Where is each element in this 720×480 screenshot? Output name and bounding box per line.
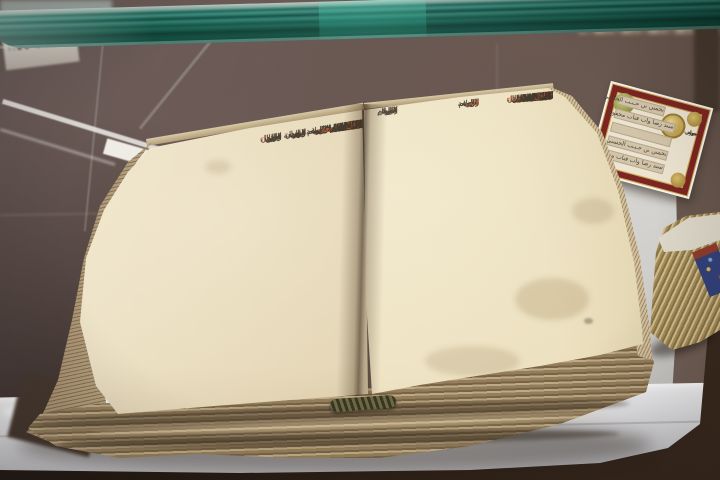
ink-word: قراتها [535,90,553,102]
ink-word: كتب [540,90,553,102]
museum-display-photo: ıl▪▪ ▪▪ıl ▪ı ٮمرموصمولڡحط ٮحمىں ٮں حـىـٮ… [0,0,720,480]
ink-word: الرحمن [530,90,553,103]
ink-word: مرات [536,90,553,102]
ink-word: الرحمن [530,90,553,103]
ink-word: انه [545,90,553,101]
rubric-word: غفر [541,90,553,101]
ink-word: قراها [537,90,553,102]
ink-word: قيل [542,90,554,101]
ink-word: من [543,90,553,101]
ink-word: ادمن [538,90,553,102]
ink-word: كتب [540,90,553,102]
ink-word: له [547,90,553,101]
ink-word: خيرا [540,90,553,102]
ink-word: من [517,93,527,104]
ink-word: و [546,91,550,102]
ink-speck [584,318,593,324]
ink-word: مرات [536,90,553,102]
ink-word: قيل [269,131,281,144]
ink-word: القران [533,90,553,102]
ink-word: قراها [522,92,538,104]
ink-word: النبى [523,92,538,104]
ink-word: و [542,91,546,102]
ink-word: ليلة [520,92,531,103]
ink-word: قلب [538,90,552,102]
ink-word: ليلة [527,92,538,103]
rubric-word: رزق [540,90,553,102]
ink-word: و [549,90,553,101]
ink-word: غفر [519,92,531,103]
ink-word: لكل [539,90,551,102]
ink-word: و [549,90,553,101]
ink-word: العلماء [532,90,553,102]
ink-word: فى [543,90,553,101]
ink-word: القران [511,92,531,104]
ink-word: السلام [525,91,545,103]
ink-word: قراها [289,128,306,142]
ink-word: و [549,90,553,101]
ink-word: رزق [540,90,553,102]
ink-word: فى [543,90,553,101]
ink-word: عشر [538,90,553,102]
ink-word: القران [533,90,553,102]
ink-word: يس [541,90,553,101]
ink-word: و [549,90,553,101]
ink-word: قلب [329,122,343,135]
ink-word: قيل [331,122,343,135]
ink-word: و [549,90,553,101]
foxing-stain [515,278,589,320]
ink-word: غفر [316,124,329,137]
rubric-word: له [532,92,538,103]
ink-word: فى [543,90,553,101]
ink-word: و [549,90,553,101]
ink-word: له [547,90,553,101]
ink-word: قلب [540,90,554,102]
ink-word: فمن [539,90,553,102]
ink-word: و [549,90,553,101]
rubric-word: قلب [466,97,480,109]
ink-word: قلب [314,124,328,137]
rubric-word: فمن [539,90,553,102]
ink-word: و [549,90,553,101]
ink-word: سورة [535,90,553,102]
ink-word: ليلة [516,93,527,104]
ink-word: النبى [464,97,479,109]
ink-word: روى [466,97,479,109]
ink-word: لكل [541,90,553,102]
ink-word: النبى [328,122,344,135]
ink-word: له [547,90,553,101]
ink-word: له [525,92,531,103]
ink-word: فى [543,90,553,101]
ink-word: فضل [528,91,544,103]
ink-word: غفر [331,122,344,135]
ink-word: عن [295,128,306,141]
ink-word: رزق [540,90,553,102]
ink-word: كان [542,90,553,101]
ink-word: شىء [530,91,546,103]
rubric-word: له [473,97,479,108]
ink-word: الله [542,90,553,101]
ink-word: القران [323,122,344,136]
ink-word: قيل [519,92,531,103]
rubric-word: الجمعة [510,92,531,104]
ink-word: عليه [540,90,553,102]
ink-word: سورة [535,90,553,102]
ink-word: الله [542,90,553,101]
ink-word: لكل [534,91,546,103]
rubric-word: قال [532,91,543,102]
ink-word: الجمعة [532,90,553,102]
ink-word: قراها [535,90,551,102]
ink-word: بعض [266,131,282,144]
ink-word: الرحمن [530,90,553,103]
ink-word: انه [537,91,545,102]
ink-word: عروس [532,90,554,102]
rubric-word: روى [315,124,329,137]
ink-word: غفر [526,92,538,103]
ink-word: روى [330,122,344,135]
ink-word: قراها [265,131,282,145]
ink-word: النبى [538,90,553,102]
ink-word: و [394,105,398,116]
ink-word: عن [333,122,344,135]
ink-word: له [322,124,329,136]
ink-word: فضل [265,131,282,145]
ink-word: السلام [533,90,553,102]
ink-word: عليه [538,90,551,102]
ink-word: قراها [533,91,549,103]
ink-word: لكل [541,90,553,102]
ink-word: له [547,90,553,101]
ink-word: قيل [542,90,554,101]
ink-word: السلام [531,90,551,102]
rubric-word: قراتها [535,90,553,102]
ink-word: النبى [530,91,545,103]
ink-word: قال [542,90,553,101]
ink-word: و [549,90,553,101]
ink-word: و [527,92,531,103]
ink-word: روى [518,92,531,104]
ink-word: قال [542,90,553,101]
rubric-word: ادمن [538,90,553,102]
ink-word: كثيرا [539,90,553,102]
ink-word: حفظ [534,91,550,103]
ink-word: من [333,122,343,135]
ink-word: قال [332,122,344,135]
ink-word: قراة [539,90,553,102]
ink-word: كتب [538,90,551,102]
ink-word: عروس [528,91,550,103]
ink-word: شىء [312,124,329,138]
rubric-word: فى [543,90,553,101]
ink-word: انه [389,105,397,116]
ink-word: فى [517,93,527,104]
ink-word: المساء [528,91,549,103]
ink-word: قال [468,97,479,108]
ink-word: عن [543,90,553,101]
ink-word: و [549,90,553,101]
ink-word: قراها [511,93,527,105]
ink-word: قلب [540,90,554,102]
ink-word: القران [533,90,553,102]
ink-word: قيل [294,128,306,141]
ink-word: غفر [467,97,479,108]
ink-word: المساء [532,90,553,102]
ink-word: غفر [534,91,546,102]
ink-word: قراها [537,90,553,102]
ink-word: قلب [540,90,554,102]
ink-word: و [540,91,544,102]
ink-word: سور [530,91,544,103]
ink-word: قيل [516,93,528,104]
ink-word: من [271,131,281,144]
ink-word: عن [521,92,531,103]
ink-word: السلام [459,97,479,109]
rubric-word: قراها [537,90,553,102]
ink-word: القران [533,90,553,102]
ink-word: بعض [529,91,544,103]
ink-word: و [278,131,282,143]
ink-word: الجمعة [517,92,538,104]
ink-word: يس [541,90,553,101]
ink-word: انه [543,90,551,101]
ink-word: اخرى [536,90,553,102]
ink-word: قراها [537,90,553,102]
ink-word: الجمعة [306,124,328,138]
ink-word: قال [540,90,551,101]
ink-word: له [539,91,545,102]
rubric-word: القران [533,90,553,102]
ink-word: سورة [535,90,553,102]
ink-word: سور [267,131,282,144]
ink-word: قيل [527,92,539,103]
ink-word: بعض [512,93,527,105]
ink-word: ليلة [332,122,344,135]
ink-word: و [325,124,329,136]
ink-word: فى [534,91,544,102]
ink-word: قال [542,90,553,101]
ink-word: شىء [327,122,344,136]
ink-word: السلام [307,124,328,138]
rubric-word: اخرى [536,90,553,102]
ink-word: مرات [536,90,553,102]
ink-word: لكل [316,124,329,137]
card-field-label: حط [688,130,698,138]
rubric-word: روى [533,91,546,103]
ink-word: و [549,90,553,101]
rubric-word: العلماء [506,93,527,105]
ink-word: الله [542,90,553,101]
ink-word: صباحا [535,90,553,102]
ink-word: من [543,90,553,101]
ink-word: من [543,90,553,101]
ink-word: فى [271,131,281,144]
ink-word: كتب [540,90,553,102]
ink-word: فى [517,93,527,104]
rubric-word: قراها [537,90,553,102]
ink-word: سورة [535,90,553,102]
rubric-word: خيرا [540,90,553,102]
ink-word: من [521,92,531,103]
ink-word: و [302,128,306,140]
ink-word: قلب [532,91,546,103]
ink-word: و [549,90,553,101]
ink-word: و [549,90,553,101]
ink-word: السلام [533,90,553,102]
rubric-word: الجمعة [321,122,343,136]
ink-word: قلب [540,90,554,102]
ink-word: و [549,90,553,101]
ink-word: و [524,93,528,104]
ink-word: القران [524,91,544,103]
ink-word: غفر [293,128,306,141]
ink-word: ليلة [533,91,544,102]
card-field-labels: ٮمرموصمولڡحط [683,128,697,132]
ink-word: قال [270,131,282,144]
ink-word: سور [539,90,553,102]
ink-word: فمن [539,90,553,102]
ink-word: القران [533,90,553,102]
ink-word: شىء [537,90,553,102]
rubric-word: بعض [538,90,553,102]
ink-word: انه [471,97,479,108]
ink-word: يس [541,90,553,101]
ink-word: لكل [467,97,479,109]
ink-word: النبى [538,90,553,102]
ink-word: من [543,90,553,101]
ink-word: غفر [541,90,553,101]
ink-word: من [543,90,553,101]
ink-word: الله [542,90,553,101]
ink-word: ليلة [294,128,306,141]
ink-word: الجمعة [284,128,306,142]
ink-word: من [534,91,544,102]
ink-word: رواية [538,90,554,102]
ink-word: قراتها [535,90,553,102]
ink-word: القران [533,90,553,102]
ink-word: و [535,92,539,103]
ink-word: روى [540,90,553,102]
rubric-word: من [543,90,553,101]
ink-word: قراها [327,122,344,136]
rubric-word: كان [538,91,549,102]
ink-word: فى [540,91,550,102]
ink-word: عشر [538,90,553,102]
ink-word: القران [533,90,553,102]
ink-word: الرحمن [530,90,553,103]
rubric-word: يس [540,90,552,101]
ink-word: رواية [538,90,554,102]
ink-word: اخرى [536,90,553,102]
ink-word: كتب [330,122,344,135]
ink-word: فمن [329,122,343,135]
ink-word: فمن [538,90,552,102]
ink-word: فى [543,90,553,101]
ink-word: قراتها [535,90,553,102]
ink-word: القران [529,91,549,103]
ink-word: الى [542,90,553,101]
ink-word: و [549,90,553,101]
ink-word: قيل [532,91,544,102]
ink-word: رزق [540,90,553,102]
ink-word: ادمن [538,90,553,102]
ink-word: انه [545,90,553,101]
ink-word: و [527,92,531,103]
ink-word: الله [538,91,549,102]
ink-word: عن [528,92,538,103]
ink-word: القران [531,90,551,102]
ink-word: انه [320,124,329,136]
ink-word: و [549,90,553,101]
rubric-word: و [549,90,553,101]
ink-word: كثيرا [539,90,553,102]
ink-word: سور [513,93,527,105]
ink-word: من [529,92,539,103]
ink-word: عليه [540,90,553,102]
rubric-word: له [299,128,306,140]
ink-word: قال [386,105,397,116]
ink-word: الجمعة [524,91,545,103]
ink-word: روى [292,128,306,141]
ink-word: حفظ [537,90,553,102]
ink-word: بقراتها [533,90,553,102]
ink-word: من [296,128,306,141]
ink-word: قيل [542,90,554,101]
ink-word: مرات [536,90,553,102]
ink-word: فى [528,92,538,103]
ink-word: و [540,91,544,102]
ink-word: ليلة [270,131,282,144]
ink-word: العلماء [523,91,544,103]
ink-word: القران [261,131,282,145]
ink-word: عشر [538,90,553,102]
ink-word: بقراتها [533,90,553,102]
ink-word: القران [507,93,527,105]
ink-word: قراها [537,90,553,102]
ink-word: عن [543,90,553,101]
ink-word: فى [543,90,553,101]
ink-word: فى [296,128,306,141]
ink-word: قراة [539,90,553,102]
ink-word: قيل [542,90,554,101]
ink-word: عروس [532,90,554,102]
ink-word: الجمعة [458,97,479,109]
ink-word: خيرا [540,90,553,102]
ink-word: و [549,90,553,101]
ink-word: روى [540,90,553,102]
ink-word: النبى [516,92,531,104]
ink-word: خيرا [540,90,553,102]
ink-word: شىء [537,90,553,102]
ink-word: الى [539,91,550,102]
ink-word: القران [518,92,538,104]
ink-word: فى [521,92,531,103]
ink-word: عليه [315,124,329,137]
ink-word: له [547,90,553,101]
rubric-word: ليلة [542,90,553,101]
ink-word: عليه [532,91,545,103]
ink-word: كثيرا [539,90,553,102]
ink-word: و [524,93,528,104]
ink-word: عشر [538,90,553,102]
ink-word: رواية [538,90,554,102]
ink-word: قراها [515,92,531,104]
ink-word: فى [333,122,343,135]
ink-word: قيل [542,90,554,101]
ink-word: قلب [540,90,554,102]
